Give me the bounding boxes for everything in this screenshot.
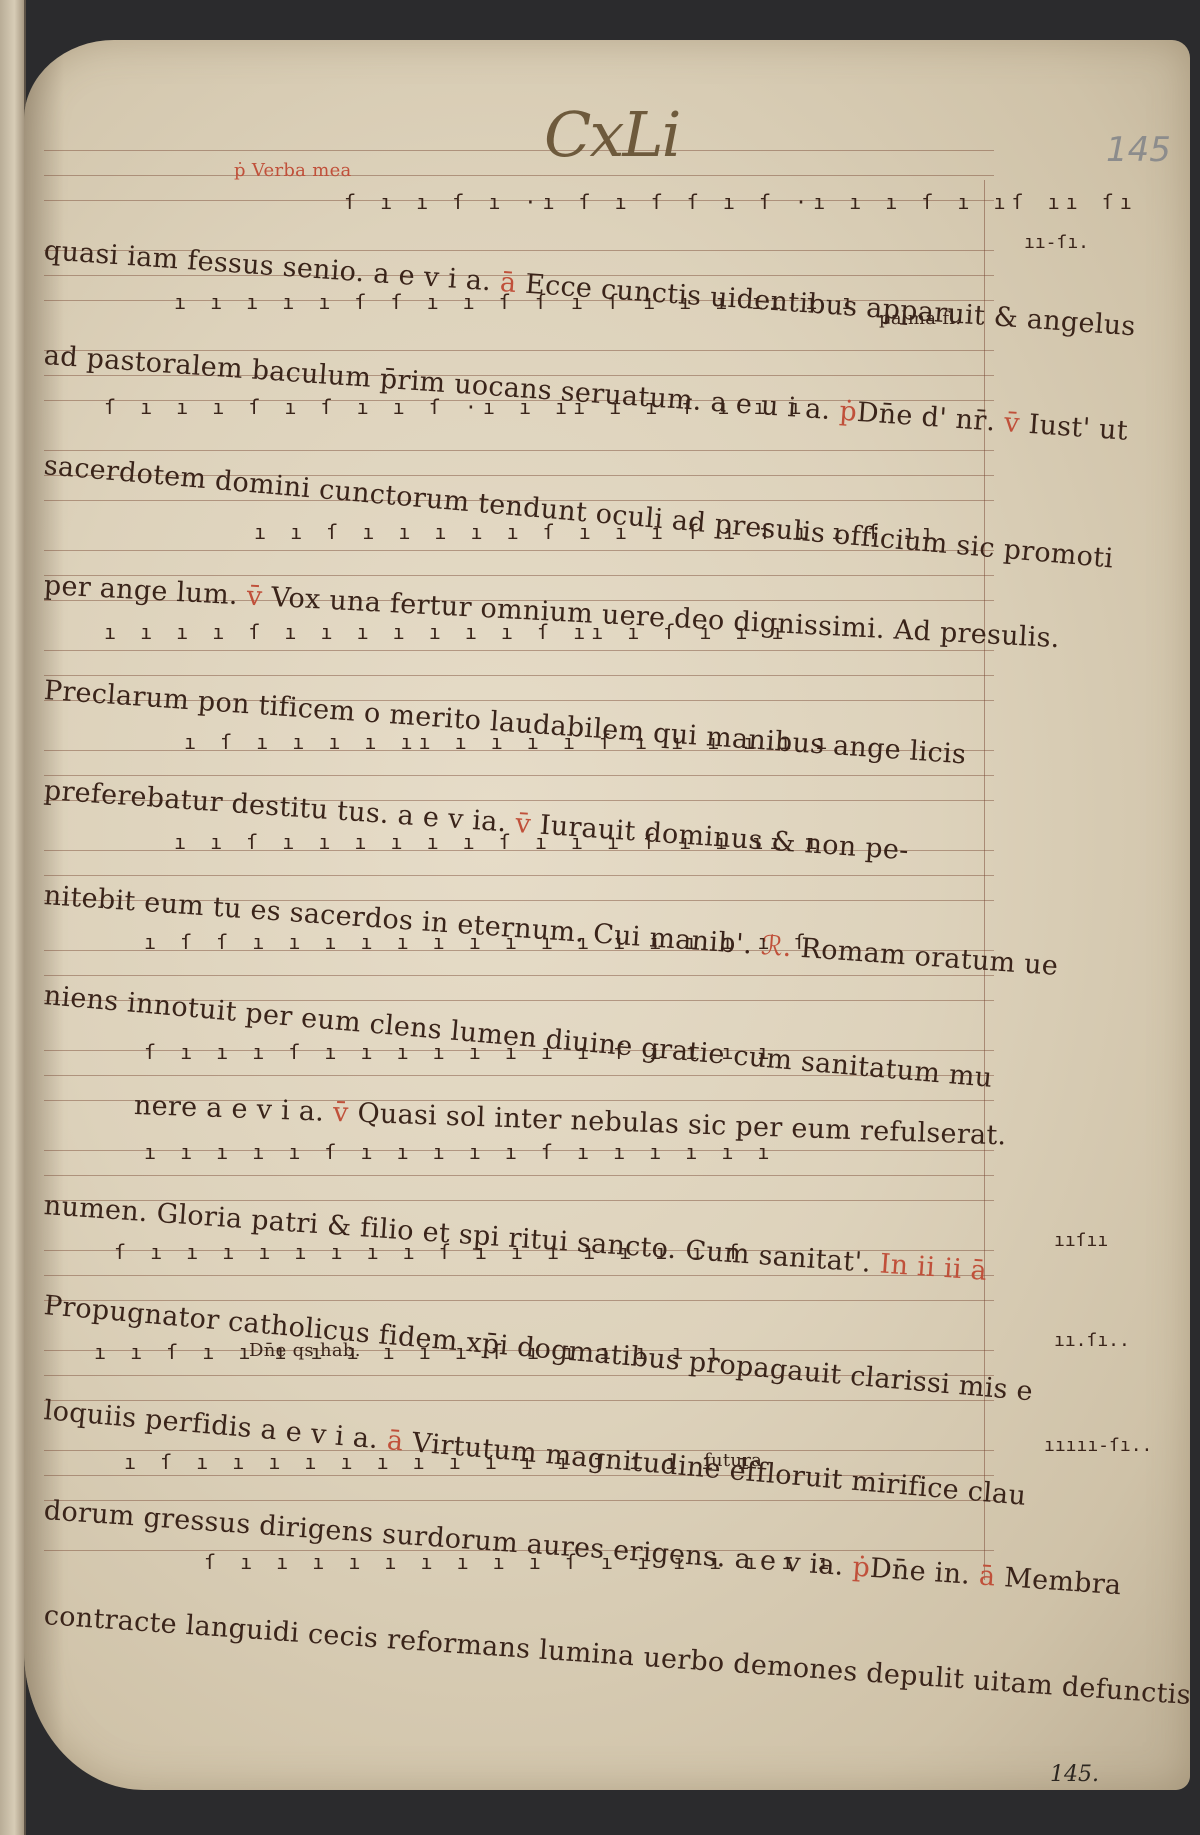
neume-row: ı ı ı ı ı ſ ı ı ı ı ı ſ ı ı ı ı ı ı xyxy=(144,1140,775,1164)
text-line: ad pastoralem baculum p̄rim uocans serua… xyxy=(43,340,1129,447)
margin-ruling xyxy=(984,180,985,1580)
neume-row: ſ ı ı ſ ı ·ı ſ ı ſ ſ ı ſ ·ı ı ı ſ ı ıſ ı… xyxy=(344,190,1138,214)
neume-row: ſ ı ı ı ſ ı ı ı ı ı ı ı ı ſ ı ı ı ı xyxy=(144,1040,775,1064)
text-line: contracte languidi cecis reformans lumin… xyxy=(43,1600,1190,1711)
neume-row: ſ ı ı ı ı ı ı ı ı ſ ı ı ı ı ı ı ı ſ xyxy=(114,1240,745,1264)
text-line: sacerdotem domini cunctorum tendunt ocul… xyxy=(43,450,1115,574)
text-line: niens innotuit per eum clens lumen diuin… xyxy=(43,980,994,1094)
neume-row: ı ſ ı ı ı ı ıı ı ı ı ı ſ ı ı ı ı ı ı xyxy=(184,730,833,754)
folio-number-bottom: 145. xyxy=(1050,1762,1099,1787)
neume-row: ı ı ı ı ſ ı ı ı ı ı ı ı ſ ıı ı ſ ı ı ı xyxy=(104,620,790,644)
marginal-note: futura xyxy=(704,1450,762,1471)
text-line: numen. Gloria patri & filio et spi ritui… xyxy=(43,1190,988,1287)
neume-row: ı ı ı ı ı ſ ſ ı ı ſ ſ ı ſ ı ı ı ıı ı ı xyxy=(174,290,860,314)
facing-page-edge xyxy=(0,0,26,1835)
folio-number-top: 145 xyxy=(1106,130,1171,170)
marginal-neumes: ıı.ſı.. xyxy=(1054,1330,1130,1351)
marginal-note: palma fl. xyxy=(879,308,961,329)
text-line: Preclarum pon tificem o merito laudabile… xyxy=(43,675,967,770)
text-line: quasi iam fessus senio. a e v i a. ā Ecc… xyxy=(43,235,1137,342)
marginal-neumes: ııııı-ſı.. xyxy=(1044,1435,1152,1456)
marginal-note: Dn̄e qs hab. xyxy=(249,1340,361,1361)
manuscript-page: CxLi 145 ṗ Verba mea ſ ı ı ſ ı ·ı ſ ı ſ … xyxy=(24,40,1190,1790)
neume-row: ı ı ſ ı ı ı ı ı ı ı ı ſ ı ı ı ı ı ı xyxy=(94,1340,725,1364)
neume-row: ſ ı ı ı ſ ı ſ ı ı ſ ·ı ı ıı ı ı ſ ı ı ı xyxy=(104,395,808,419)
neume-row: ſ ı ı ı ı ı ı ı ı ı ſ ı ı ı ı ı ı ı xyxy=(204,1550,835,1574)
marginal-neumes: ııſıı xyxy=(1054,1230,1108,1251)
neume-row: ı ſ ı ı ı ı ı ı ı ı ı ı ı ſ ı ı ı ı xyxy=(124,1450,755,1474)
text-line: dorum gressus dirigens surdorum aures er… xyxy=(43,1495,1123,1601)
neume-row: ı ı ſ ı ı ı ı ı ſ ı ı ı ſ ı ſ ı ı ſ ıı xyxy=(254,520,940,544)
neume-row: ı ı ſ ı ı ı ı ı ı ſ ı ı ı ſ ı ı ıı ı xyxy=(174,830,823,854)
folio-heading: CxLi xyxy=(544,98,679,171)
rubric-cue: ṗ Verba mea xyxy=(234,160,352,181)
neume-row: ı ſ ſ ı ı ı ı ı ı ı ı ı ı ı ı ı ı ı ſ xyxy=(144,930,812,954)
marginal-neumes: ıı-ſı. xyxy=(1024,232,1089,253)
